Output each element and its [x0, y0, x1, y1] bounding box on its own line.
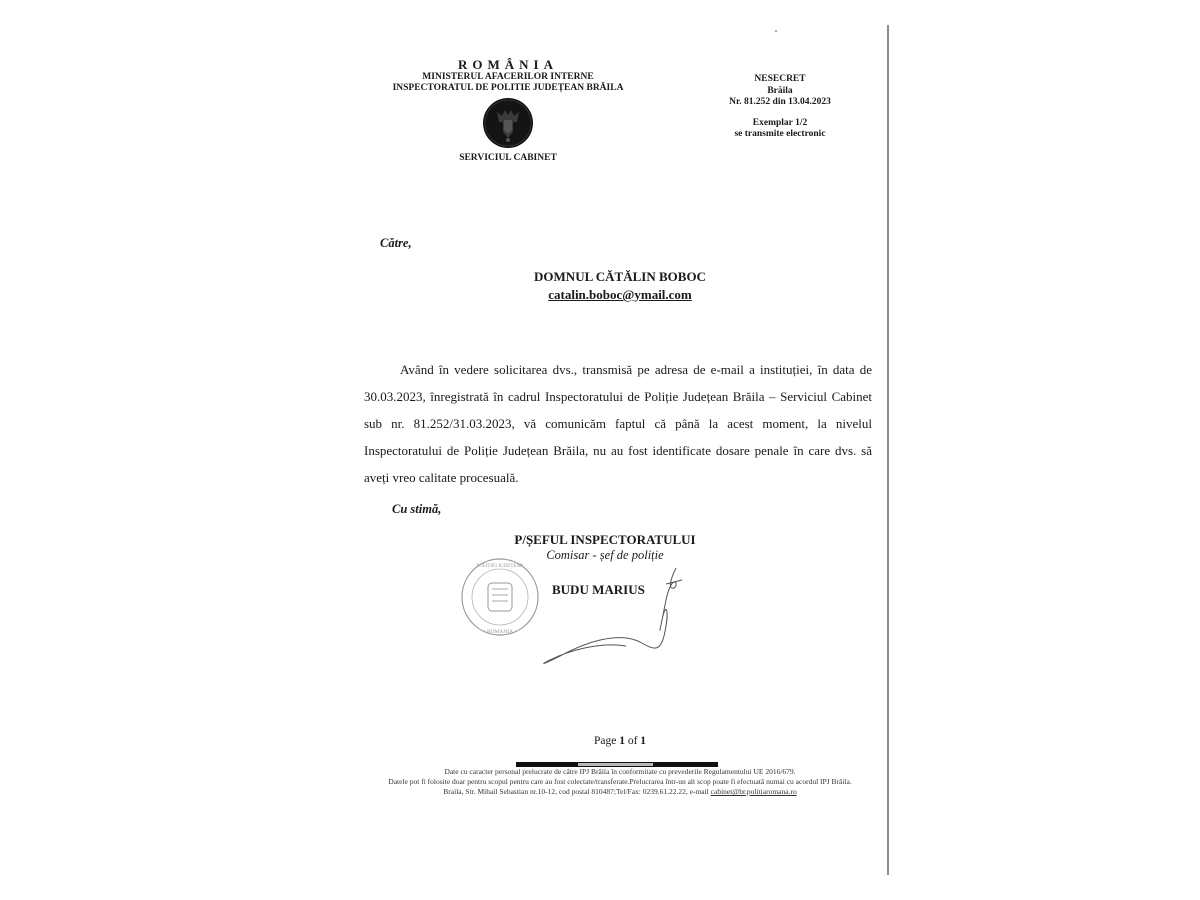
address-text: Braila, Str. Mihail Sebastian nr.10-12, …	[443, 787, 710, 796]
signatory-title: P/ȘEFUL INSPECTORATULUI	[490, 532, 720, 548]
recipient-block: DOMNUL CĂTĂLIN BOBOC catalin.boboc@ymail…	[470, 268, 770, 304]
police-crest-icon	[483, 98, 533, 148]
letterhead: ROMÂNIA MINISTERUL AFACERILOR INTERNE IN…	[372, 58, 644, 164]
footer-notice: Date cu caracter personal prelucrate de …	[362, 767, 878, 797]
scan-speck	[775, 30, 777, 32]
handwritten-signature-icon	[530, 560, 690, 670]
department-heading: SERVICIUL CABINET	[372, 152, 644, 164]
city-label: Brăila	[705, 86, 855, 98]
data-use-notice: Datele pot fi folosite doar pentru scopu…	[362, 777, 878, 787]
document-metadata: NESECRET Brăila Nr. 81.252 din 13.04.202…	[705, 74, 855, 141]
classification-label: NESECRET	[705, 74, 855, 86]
page-prefix: Page	[594, 735, 619, 747]
page-mid: of	[625, 735, 640, 747]
closing-salutation: Cu stimă,	[392, 502, 441, 517]
recipient-email[interactable]: catalin.boboc@ymail.com	[470, 286, 770, 304]
registration-number: Nr. 81.252 din 13.04.2023	[705, 97, 855, 109]
copy-label: Exemplar 1/2	[705, 118, 855, 130]
transmission-label: se transmite electronic	[705, 129, 855, 141]
page-total: 1	[640, 735, 646, 747]
svg-text:• ROMANIA •: • ROMANIA •	[484, 629, 517, 635]
svg-text:POLITIEI JUDETEAN: POLITIEI JUDETEAN	[476, 564, 524, 569]
country-heading: ROMÂNIA	[372, 58, 644, 72]
contact-address: Braila, Str. Mihail Sebastian nr.10-12, …	[362, 787, 878, 797]
letter-body: Având în vedere solicitarea dvs., transm…	[364, 356, 872, 491]
page-indicator: Page 1 of 1	[520, 735, 720, 747]
ministry-heading: MINISTERUL AFACERILOR INTERNE	[372, 72, 644, 83]
gdpr-notice: Date cu caracter personal prelucrate de …	[362, 767, 878, 777]
inspectorate-heading: INSPECTORATUL DE POLITIE JUDEȚEAN BRĂILA	[372, 83, 644, 94]
contact-email[interactable]: cabinet@br.politiaromana.ro	[711, 787, 797, 796]
signature-block: P/ȘEFUL INSPECTORATULUI Comisar - șef de…	[490, 532, 720, 563]
scan-page-edge	[887, 25, 889, 875]
addressee-label: Către,	[380, 236, 412, 251]
recipient-name: DOMNUL CĂTĂLIN BOBOC	[470, 268, 770, 286]
